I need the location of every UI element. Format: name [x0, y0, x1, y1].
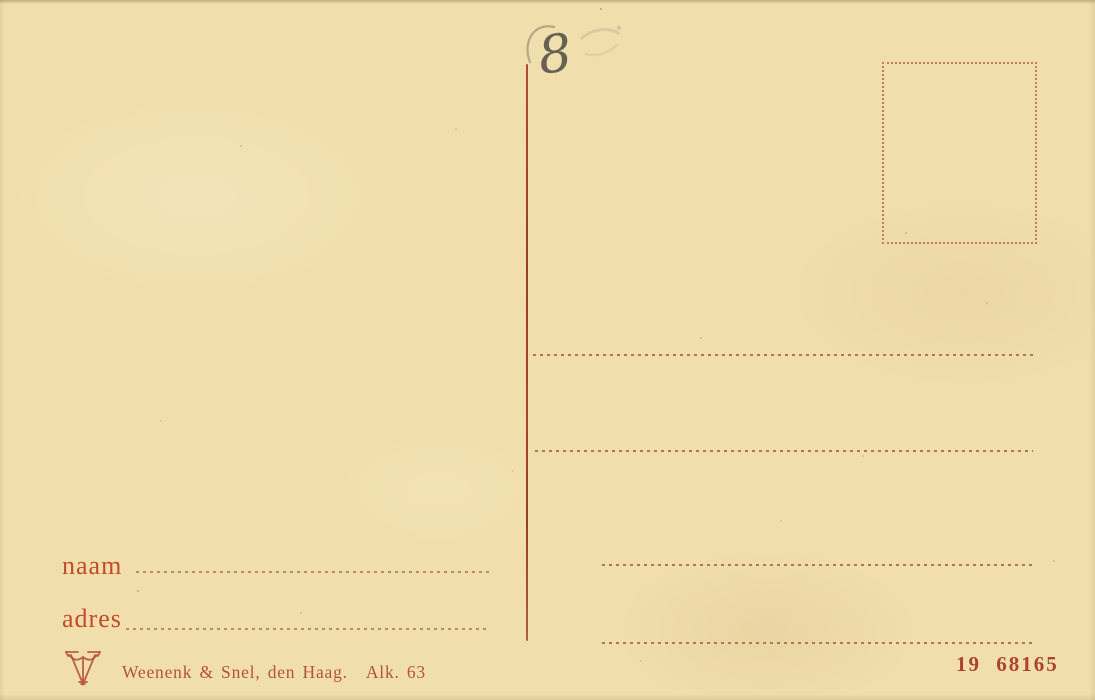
naam-label: naam	[62, 553, 122, 579]
naam-dotted-line	[136, 571, 492, 573]
address-dotted-line-4	[602, 642, 1033, 644]
handwritten-number: 8	[514, 10, 654, 90]
adres-dotted-line	[126, 628, 490, 630]
postcard-back: 8 naam adres Weenenk & Snel, d	[0, 0, 1095, 700]
address-dotted-line-1	[533, 354, 1033, 356]
pencil-number-text: 8	[535, 23, 575, 87]
adres-label: adres	[62, 606, 122, 632]
publisher-code: Alk. 63	[366, 662, 426, 682]
address-dotted-line-2	[535, 450, 1033, 452]
publisher-imprint: Weenenk & Snel, den Haag.Alk. 63	[62, 646, 522, 696]
paper-specks	[0, 0, 2, 2]
pencil-smudge	[582, 30, 618, 38]
weenenk-snel-monogram-icon	[62, 646, 104, 694]
center-divider-line	[526, 64, 528, 641]
publisher-name: Weenenk & Snel, den Haag.	[122, 662, 348, 682]
address-dotted-line-3	[602, 564, 1033, 566]
serial-number: 19 68165	[956, 652, 1059, 677]
stamp-box	[882, 62, 1037, 244]
pencil-mark-icon: 8	[514, 10, 654, 90]
